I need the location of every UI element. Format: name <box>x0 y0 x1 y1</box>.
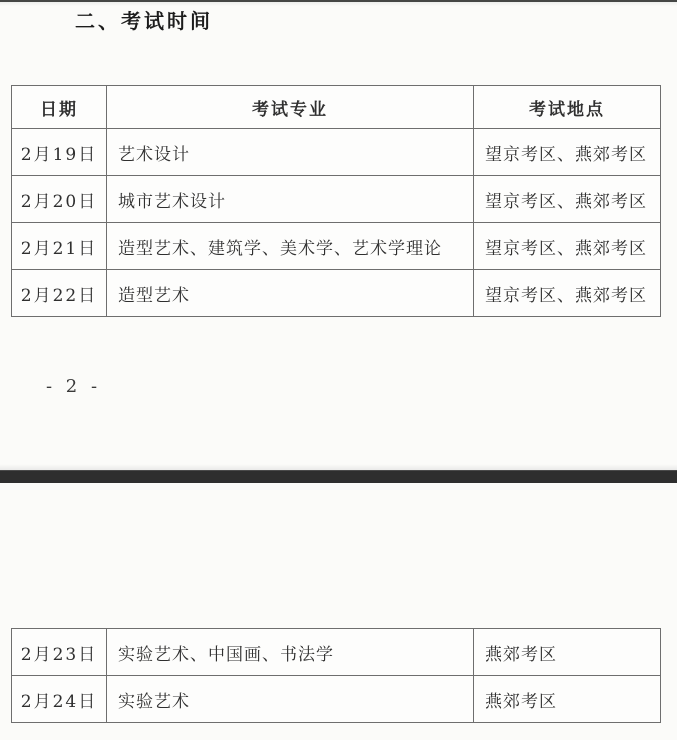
table-row: 2月24日 实验艺术 燕郊考区 <box>12 676 661 723</box>
cell-location: 望京考区、燕郊考区 <box>474 223 661 270</box>
table-row: 2月21日 造型艺术、建筑学、美术学、艺术学理论 望京考区、燕郊考区 <box>12 223 661 270</box>
cell-location: 燕郊考区 <box>474 676 661 723</box>
cell-major: 造型艺术、建筑学、美术学、艺术学理论 <box>107 223 474 270</box>
cell-date: 2月23日 <box>12 629 107 676</box>
cell-major: 城市艺术设计 <box>107 176 474 223</box>
cell-major: 实验艺术 <box>107 676 474 723</box>
table-row: 2月19日 艺术设计 望京考区、燕郊考区 <box>12 129 661 176</box>
cell-location: 望京考区、燕郊考区 <box>474 176 661 223</box>
cell-location: 燕郊考区 <box>474 629 661 676</box>
column-header-major: 考试专业 <box>107 86 474 129</box>
cell-date: 2月21日 <box>12 223 107 270</box>
cell-major: 造型艺术 <box>107 270 474 317</box>
cell-date: 2月22日 <box>12 270 107 317</box>
cell-date: 2月19日 <box>12 129 107 176</box>
scanned-document-page: 二、考试时间 日期 考试专业 考试地点 2月19日 艺术设计 望京考区、燕郊考区… <box>0 0 677 740</box>
cell-date: 2月20日 <box>12 176 107 223</box>
table-header-row: 日期 考试专业 考试地点 <box>12 86 661 129</box>
column-header-location: 考试地点 <box>474 86 661 129</box>
cell-location: 望京考区、燕郊考区 <box>474 129 661 176</box>
page-break-divider-bar <box>0 470 677 483</box>
cell-major: 艺术设计 <box>107 129 474 176</box>
table-row: 2月22日 造型艺术 望京考区、燕郊考区 <box>12 270 661 317</box>
exam-schedule-table-page2: 日期 考试专业 考试地点 2月19日 艺术设计 望京考区、燕郊考区 2月20日 … <box>11 85 661 317</box>
section-heading: 二、考试时间 <box>75 5 213 34</box>
cell-date: 2月24日 <box>12 676 107 723</box>
column-header-date: 日期 <box>12 86 107 129</box>
cell-location: 望京考区、燕郊考区 <box>474 270 661 317</box>
exam-schedule-table-page3: 2月23日 实验艺术、中国画、书法学 燕郊考区 2月24日 实验艺术 燕郊考区 <box>11 628 661 723</box>
table-row: 2月23日 实验艺术、中国画、书法学 燕郊考区 <box>12 629 661 676</box>
cell-major: 实验艺术、中国画、书法学 <box>107 629 474 676</box>
table-row: 2月20日 城市艺术设计 望京考区、燕郊考区 <box>12 176 661 223</box>
page-number: - 2 - <box>46 376 101 397</box>
